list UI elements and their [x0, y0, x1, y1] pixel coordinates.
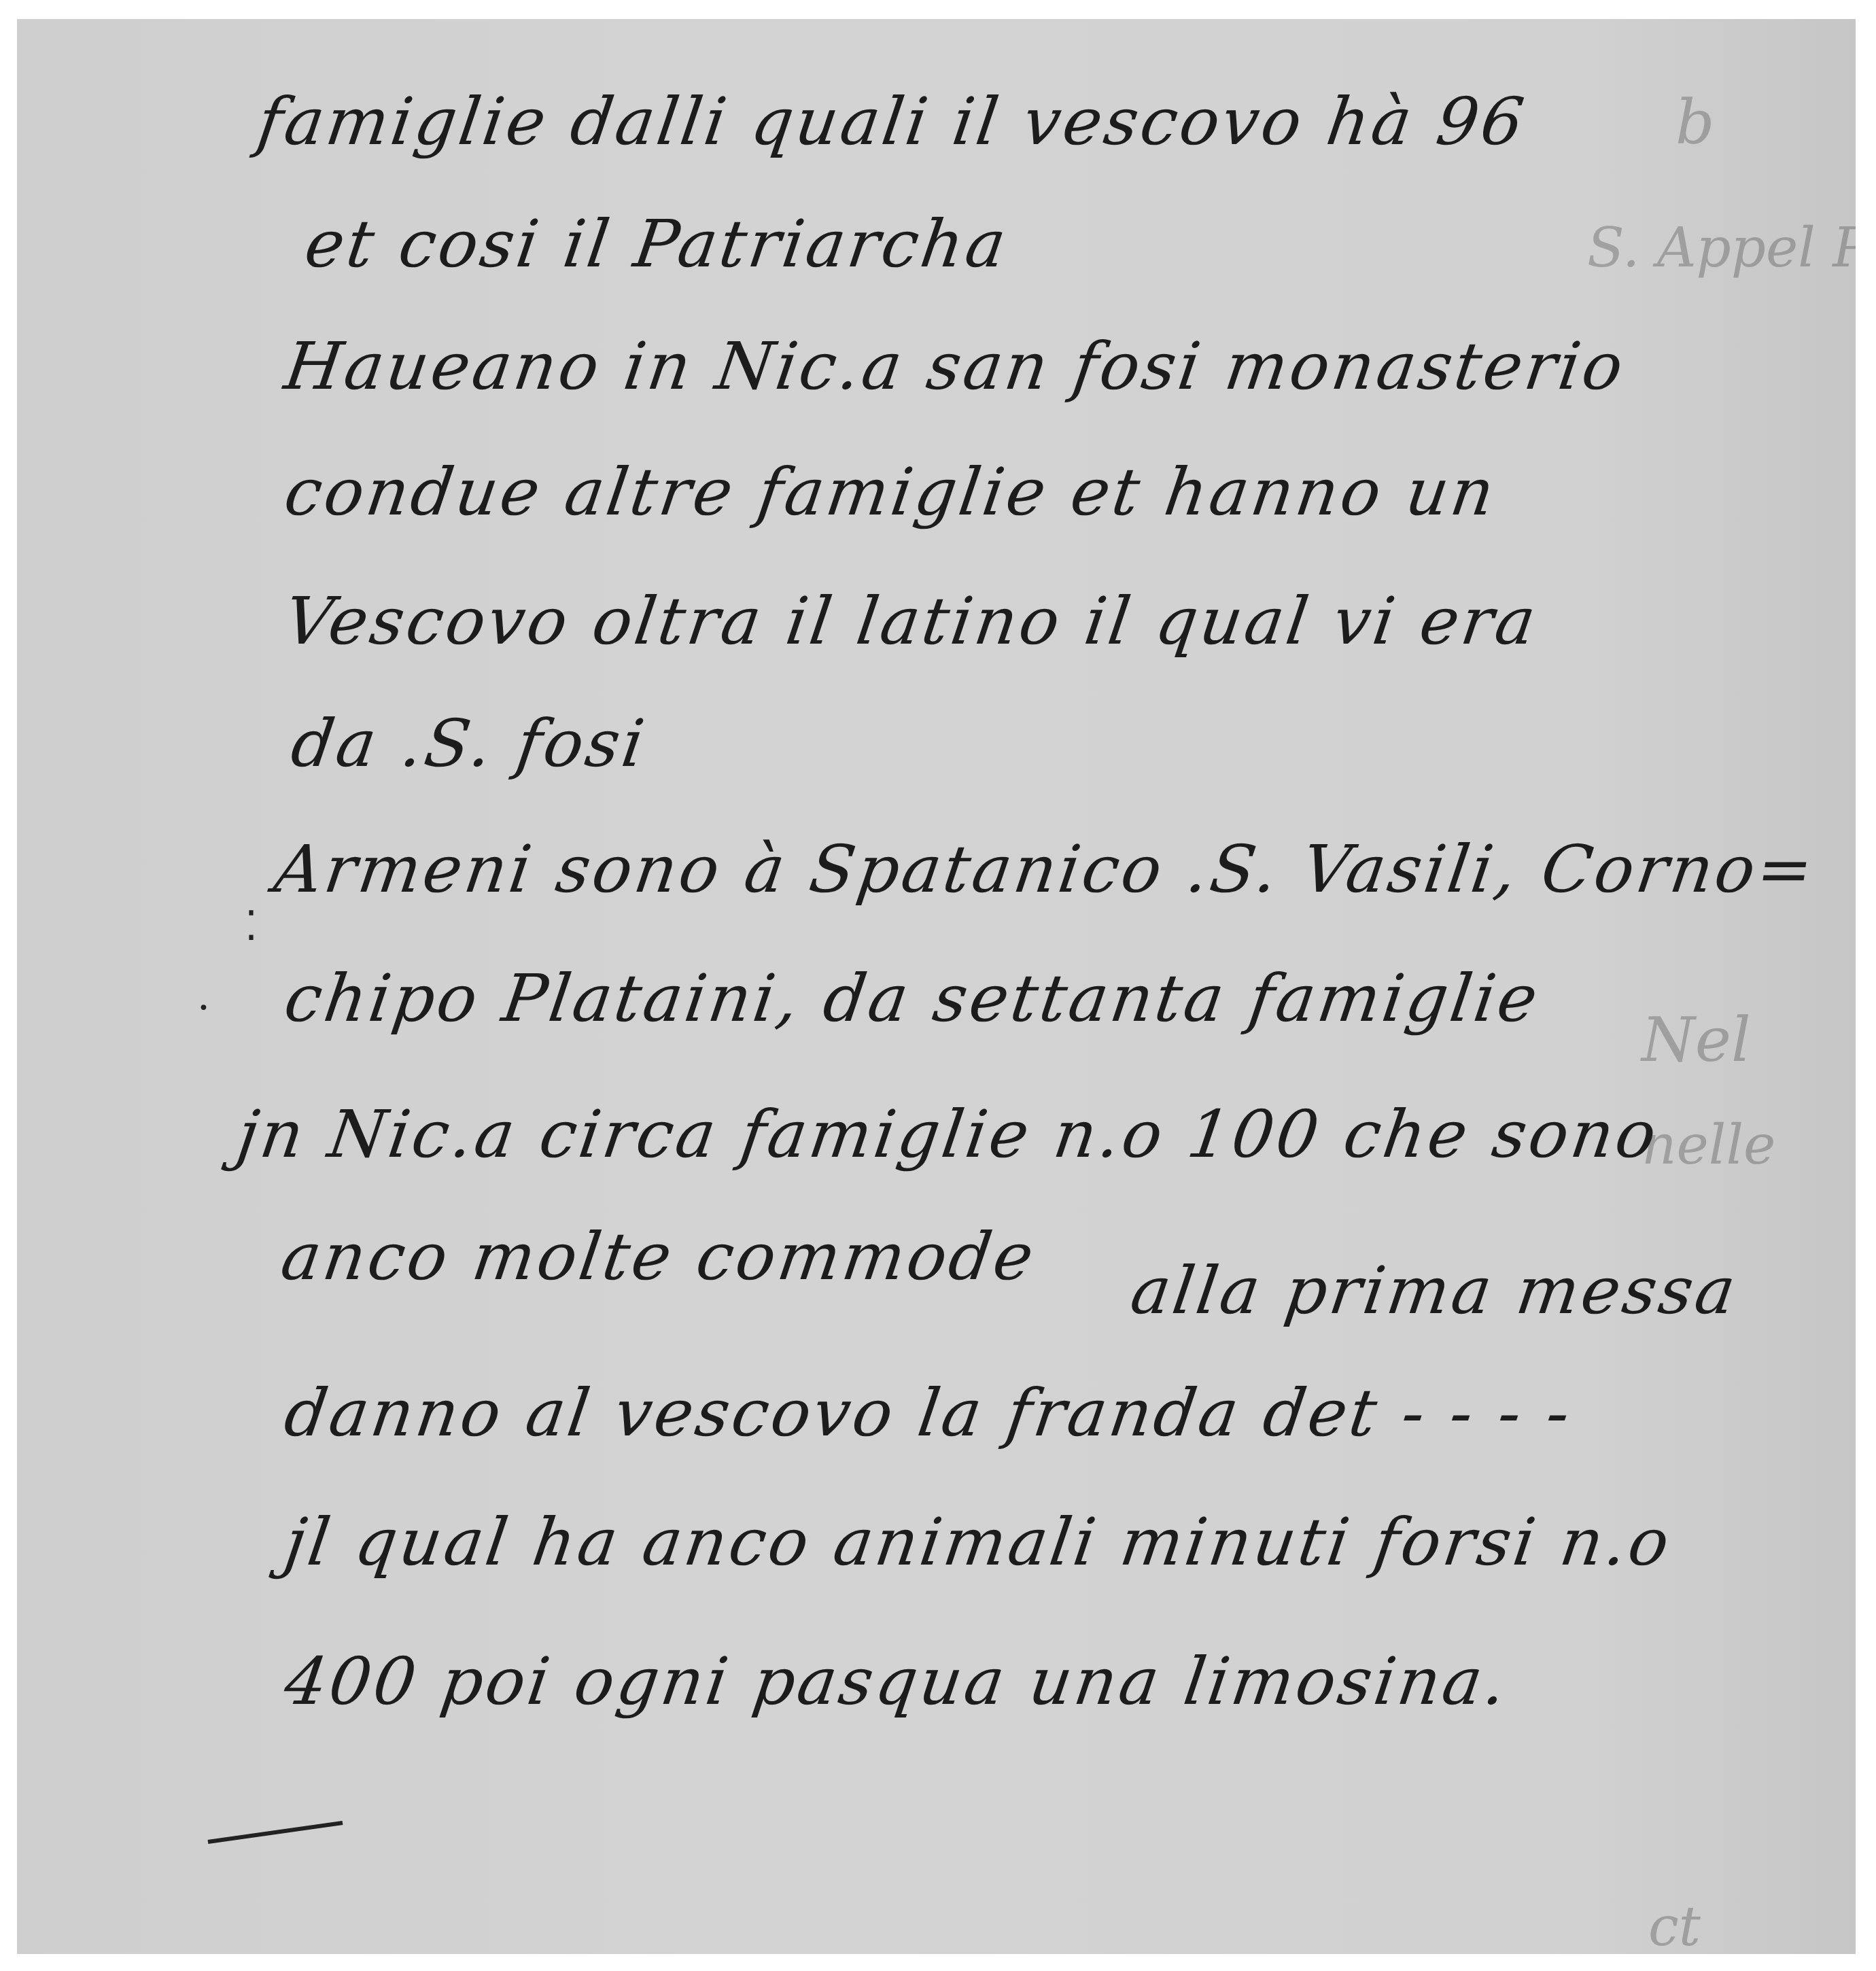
manuscript-line-11: alla prima messa: [1126, 1253, 1743, 1329]
bleed-through-line: nelle: [1641, 1113, 1775, 1176]
manuscript-line-6: da .S. fosi: [287, 705, 651, 782]
bleed-through-line: ct: [1648, 1895, 1701, 1954]
bleed-through-line: S. Appel Pasquale: [1587, 216, 1856, 279]
manuscript-line-14: 400 poi ogni pasqua una limosina.: [280, 1643, 1513, 1720]
manuscript-page: famiglie dalli quali il vescovo hà 96 et…: [17, 19, 1856, 1954]
margin-dot-mark: ⁚: [245, 903, 258, 950]
manuscript-line-10: anco molte commode: [277, 1219, 1041, 1295]
manuscript-line-2: et cosi il Patriarcha: [300, 206, 1013, 282]
manuscript-line-8: chipo Plataini, da settanta famiglie: [280, 960, 1544, 1036]
underline-stroke: [208, 1821, 343, 1844]
bleed-through-line: b: [1675, 87, 1715, 158]
margin-dot-mark: ·: [197, 984, 210, 1032]
manuscript-line-9: jn Nic.a circa famiglie n.o 100 che sono: [232, 1096, 1663, 1172]
manuscript-line-1: famiglie dalli quali il vescovo hà 96: [253, 84, 1531, 160]
bleed-through-line: Nel: [1641, 1005, 1751, 1076]
manuscript-line-12: danno al vescovo la franda det - - - -: [280, 1375, 1577, 1451]
manuscript-line-5: Vescovo oltra il latino il qual vi era: [280, 583, 1542, 659]
manuscript-line-4: condue altre famiglie et hanno un: [280, 454, 1501, 530]
manuscript-line-7: Armeni sono à Spatanico .S. Vasili, Corn…: [270, 831, 1820, 907]
manuscript-line-13: jl qual ha anco animali minuti forsi n.o: [280, 1504, 1676, 1580]
manuscript-line-3: Haueano in Nic.a san fosi monasterio: [280, 328, 1630, 404]
